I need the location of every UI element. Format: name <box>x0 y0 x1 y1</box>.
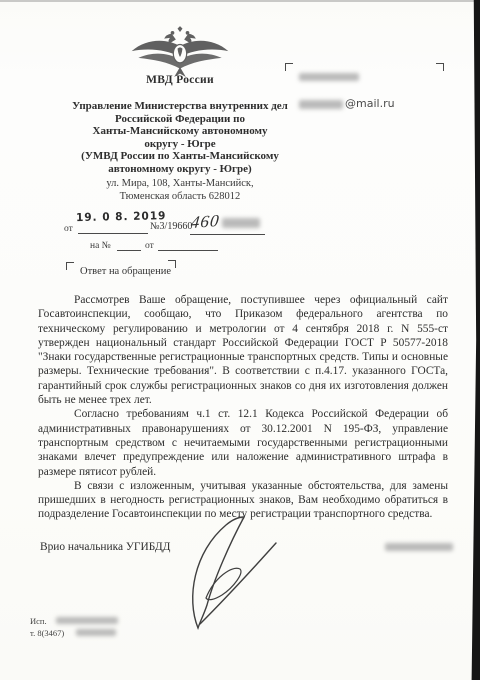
redacted-signer-name <box>385 543 453 551</box>
body-paragraph: Рассмотрев Ваше обращение, поступившее ч… <box>38 293 448 407</box>
mvd-double-eagle-emblem <box>130 26 230 78</box>
redacted-number-tail <box>222 218 260 228</box>
org-line: автономному округу - Югре) <box>40 163 320 176</box>
from-label: от <box>64 224 73 234</box>
redacted-executor-name <box>56 617 118 624</box>
address-line: Тюменская область 628012 <box>40 190 320 203</box>
signature-autograph <box>178 512 283 634</box>
org-line: Российской Федерации по <box>40 113 320 126</box>
recipient-email-domain: @mail.ru <box>345 97 395 110</box>
scan-edge-shadow <box>468 0 480 680</box>
date-blank-line <box>78 232 148 234</box>
letter-body: Рассмотрев Ваше обращение, поступившее ч… <box>38 293 448 522</box>
executor-label: Исп. <box>30 616 47 626</box>
org-address-block: ул. Мира, 108, Ханты-Мансийск, Тюменская… <box>40 177 320 203</box>
scanned-letter-page: МВД России Управление Министерства внутр… <box>0 0 480 680</box>
handwritten-number: 460 <box>190 211 221 233</box>
recipient-corner-mark-left <box>285 63 293 71</box>
subject-corner-mark-left <box>66 262 74 270</box>
org-name-block: Управление Министерства внутренних дел Р… <box>40 100 320 176</box>
org-line: Ханты-Мансийскому автономному <box>40 125 320 138</box>
reply-from-label: от <box>145 241 154 251</box>
org-line: округу - Югре <box>40 138 320 151</box>
reply-to-label: на № <box>90 241 111 251</box>
org-line: Управление Министерства внутренних дел <box>40 100 320 113</box>
redacted-phone-number <box>76 629 116 636</box>
phone-label: т. 8(3467) <box>30 628 64 638</box>
subject-line: Ответ на обращение <box>80 266 171 277</box>
redacted-recipient-name <box>299 73 359 81</box>
number-underline <box>190 233 265 235</box>
signer-title: Врио начальника УГИБДД <box>40 541 170 553</box>
outgoing-number: №3/19660 <box>150 221 192 232</box>
body-paragraph: Согласно требованиям ч.1 ст. 12.1 Кодекс… <box>38 407 448 478</box>
org-line: (УМВД России по Ханты-Мансийскому <box>40 150 320 163</box>
agency-name: МВД России <box>60 74 300 86</box>
recipient-corner-mark-right <box>436 63 444 71</box>
redacted-email-prefix <box>299 100 343 109</box>
reply-date-blank <box>158 249 218 251</box>
reply-number-blank <box>117 249 141 251</box>
address-line: ул. Мира, 108, Ханты-Мансийск, <box>40 177 320 190</box>
scan-edge-top <box>0 0 480 2</box>
